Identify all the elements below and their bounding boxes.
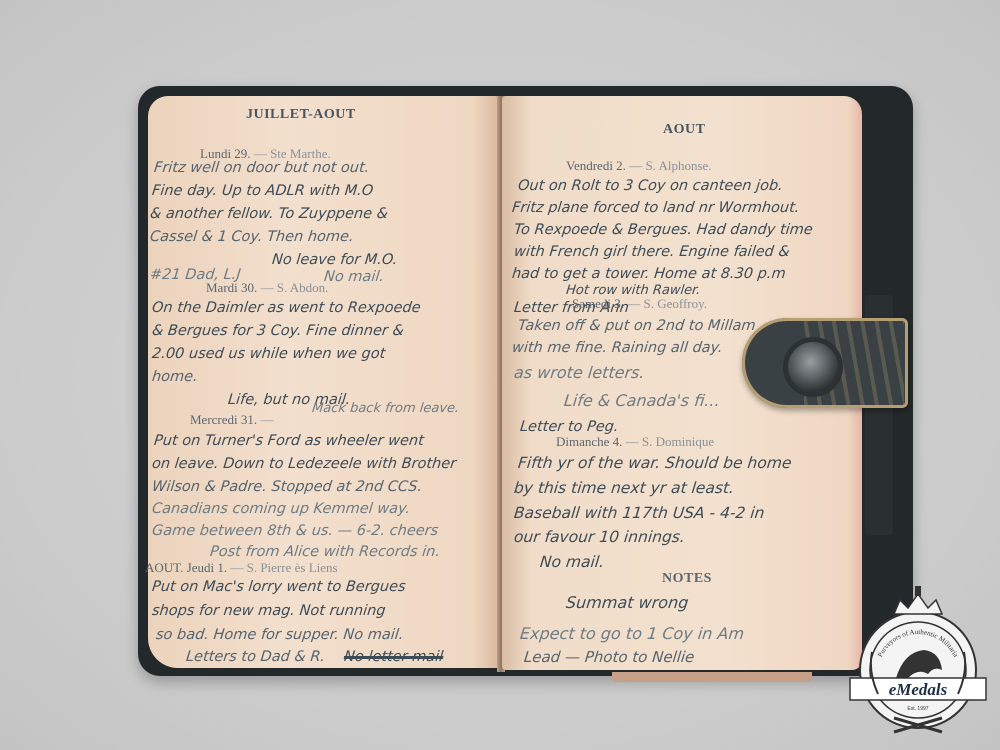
entry-date-dimanche-4: Dimanche 4. — S. Dominique xyxy=(556,434,714,450)
left-page-header: JUILLET-AOUT xyxy=(246,107,356,123)
page-edge xyxy=(612,672,812,682)
handwriting-line: Taken off & put on 2nd to Millam xyxy=(517,315,757,338)
handwriting-line: on leave. Down to Ledezeele with Brother xyxy=(151,453,458,476)
handwriting-line: Cassel & 1 Coy. Then home. xyxy=(149,226,355,249)
entry-date-vendredi-2: Vendredi 2. — S. Alphonse. xyxy=(566,158,712,174)
handwriting-line: home. xyxy=(151,366,199,389)
handwriting-line: & another fellow. To Zuyppene & xyxy=(149,203,389,226)
handwriting-line: Fifth yr of the war. Should be home xyxy=(517,452,793,475)
svg-text:eMedals: eMedals xyxy=(889,680,948,699)
entry-date-jeudi-1: AOUT. Jeudi 1. — S. Pierre ès Liens xyxy=(145,560,338,576)
entry-date-mardi-30: Mardi 30. — S. Abdon. xyxy=(206,280,328,296)
handwriting-line: No mail. xyxy=(539,551,606,574)
handwriting-line: Put on Turner's Ford as wheeler went xyxy=(153,430,425,453)
handwriting-line: our favour 10 innings. xyxy=(513,526,686,549)
handwriting-line: Lead — Photo to Nellie xyxy=(523,646,696,669)
svg-text:Est. 1997: Est. 1997 xyxy=(907,706,928,712)
entry-date-samedi-3: Samedi 3. — S. Geoffroy. xyxy=(572,296,707,312)
handwriting-line: No mail. xyxy=(323,266,385,289)
handwriting-line: To Rexpoede & Bergues. Had dandy time xyxy=(513,219,814,242)
handwriting-line: shops for new mag. Not running xyxy=(151,600,387,623)
right-page-header: AOUT xyxy=(663,122,705,138)
handwriting-line: Baseball with 117th USA - 4-2 in xyxy=(513,502,766,525)
handwriting-line: Expect to go to 1 Coy in Am xyxy=(519,623,745,646)
handwriting-overwrite: Mack back from leave. xyxy=(311,398,460,421)
entry-date-mercredi-31: Mercredi 31. — xyxy=(190,412,273,428)
handwriting-line: Wilson & Padre. Stopped at 2nd CCS. xyxy=(151,476,423,499)
handwriting-line: so bad. Home for supper. No mail. xyxy=(155,624,405,647)
handwriting-line: as wrote letters. xyxy=(513,362,646,385)
handwriting-line: Letters to Dad & R. xyxy=(185,646,326,669)
snap-button[interactable] xyxy=(788,342,838,392)
emedals-logo-icon: eMedals Est. 1997 Purveyors of Authentic… xyxy=(848,582,988,742)
handwriting-line: 2.00 used us while when we got xyxy=(151,343,387,366)
handwriting-line: Game between 8th & us. — 6-2. cheers xyxy=(151,520,440,543)
handwriting-line: Fritz well on door but not out. xyxy=(153,157,371,180)
handwriting-line: On the Daimler as went to Rexpoede xyxy=(151,297,422,320)
handwriting-line: Canadians coming up Kemmel way. xyxy=(151,498,411,521)
handwriting-line: Fine day. Up to ADLR with M.O xyxy=(151,180,375,203)
notes-header: NOTES xyxy=(662,571,712,587)
handwriting-line: Summat wrong xyxy=(565,592,690,615)
handwriting-line: by this time next yr at least. xyxy=(513,477,735,500)
handwriting-line: Out on Rolt to 3 Coy on canteen job. xyxy=(517,175,784,198)
handwriting-line: with me fine. Raining all day. xyxy=(511,337,724,360)
handwriting-line: Fritz plane forced to land nr Wormhout. xyxy=(511,197,801,220)
handwriting-line: Put on Mac's lorry went to Bergues xyxy=(151,576,407,599)
handwriting-line: with French girl there. Engine failed & xyxy=(513,241,791,264)
struck-out-text: No letter mail xyxy=(343,646,445,669)
handwriting-line: Life & Canada's fi... xyxy=(563,390,721,413)
handwriting-line: & Bergues for 3 Coy. Fine dinner & xyxy=(151,320,405,343)
